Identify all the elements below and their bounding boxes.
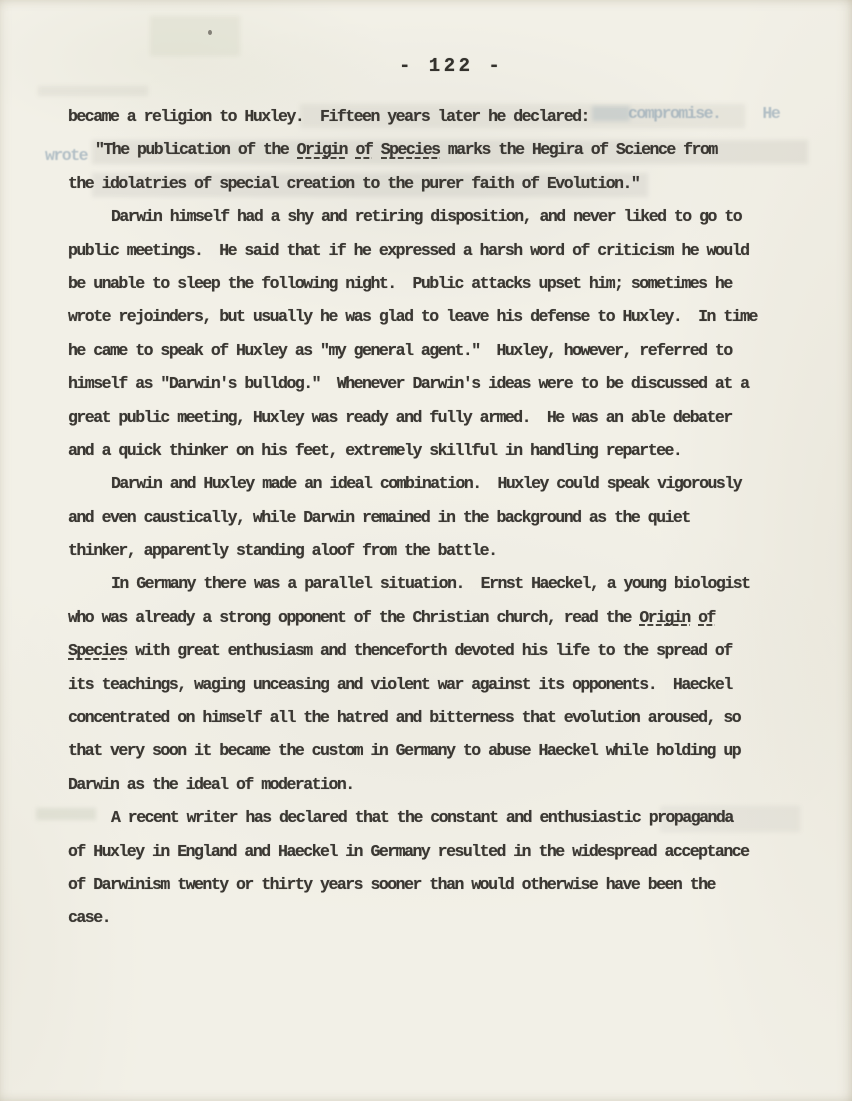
text-segment <box>372 133 380 166</box>
ink-speck <box>208 30 212 35</box>
smudge-band <box>150 16 240 56</box>
text-line: and a quick thinker on his feet, extreme… <box>68 434 808 467</box>
text-segment: became a religion to Huxley. Fifteen yea… <box>68 100 589 133</box>
text-line: its teachings, waging unceasing and viol… <box>68 668 808 701</box>
underlined-text: Species <box>68 634 127 667</box>
text-segment: Darwin and Huxley made an ideal combinat… <box>111 467 741 500</box>
text-line: he came to speak of Huxley as "my genera… <box>68 334 808 367</box>
text-segment: be unable to sleep the following night. … <box>68 267 732 300</box>
text-line: be unable to sleep the following night. … <box>68 267 808 300</box>
text-segment: wrote rejoinders, but usually he was gla… <box>68 300 757 333</box>
text-line: thinker, apparently standing aloof from … <box>68 534 808 567</box>
text-segment: In Germany there was a parallel situatio… <box>111 567 750 600</box>
text-segment: public meetings. He said that if he expr… <box>68 234 749 267</box>
text-segment: he came to speak of Huxley as "my genera… <box>68 334 732 367</box>
text-segment: of Huxley in England and Haeckel in Germ… <box>68 835 749 868</box>
text-line: of Huxley in England and Haeckel in Germ… <box>68 835 808 868</box>
underlined-text: Species <box>381 133 440 166</box>
underlined-text: Origin <box>297 133 347 166</box>
scanned-page: - 122 - became a religion to Huxley. Fif… <box>0 0 852 1101</box>
document-text: became a religion to Huxley. Fifteen yea… <box>68 100 808 935</box>
text-segment: concentrated on himself all the hatred a… <box>68 701 740 734</box>
text-segment <box>690 601 698 634</box>
page-number: - 122 - <box>399 55 503 77</box>
text-line: Darwin and Huxley made an ideal combinat… <box>68 467 808 500</box>
text-line: wrote rejoinders, but usually he was gla… <box>68 300 808 333</box>
text-segment: marks the Hegira of Science from <box>440 133 717 166</box>
text-line: great public meeting, Huxley was ready a… <box>68 401 808 434</box>
text-line: case. <box>68 901 808 934</box>
text-line: In Germany there was a parallel situatio… <box>68 567 808 600</box>
text-segment: himself as "Darwin's bulldog." Whenever … <box>68 367 749 400</box>
text-line: public meetings. He said that if he expr… <box>68 234 808 267</box>
text-segment: and even caustically, while Darwin remai… <box>68 501 690 534</box>
text-line: "The publication of the Origin of Specie… <box>68 133 808 166</box>
text-segment: case. <box>68 901 110 934</box>
text-segment: that very soon it became the custom in G… <box>68 734 740 767</box>
text-line: himself as "Darwin's bulldog." Whenever … <box>68 367 808 400</box>
text-line: Species with great enthusiasm and thence… <box>68 634 808 667</box>
text-segment: and a quick thinker on his feet, extreme… <box>68 434 681 467</box>
text-segment: of Darwinism twenty or thirty years soon… <box>68 868 715 901</box>
text-segment: who was already a strong opponent of the… <box>68 601 639 634</box>
text-line: Darwin himself had a shy and retiring di… <box>68 200 808 233</box>
text-segment: the idolatries of special creation to th… <box>68 167 639 200</box>
underlined-text: of <box>355 133 372 166</box>
ghost-text: compromise. He <box>628 104 779 124</box>
text-segment: "The publication of the <box>95 133 297 166</box>
text-line: that very soon it became the custom in G… <box>68 734 808 767</box>
text-segment: thinker, apparently standing aloof from … <box>68 534 496 567</box>
underlined-text: of <box>698 601 715 634</box>
text-line: concentrated on himself all the hatred a… <box>68 701 808 734</box>
text-segment: with great enthusiasm and thenceforth de… <box>127 634 732 667</box>
text-segment: Darwin himself had a shy and retiring di… <box>111 200 741 233</box>
smudge-band <box>38 86 148 96</box>
text-segment: its teachings, waging unceasing and viol… <box>68 668 732 701</box>
text-line: who was already a strong opponent of the… <box>68 601 808 634</box>
text-segment: A recent writer has declared that the co… <box>111 801 733 834</box>
text-line: and even caustically, while Darwin remai… <box>68 501 808 534</box>
text-line: Darwin as the ideal of moderation. <box>68 768 808 801</box>
underlined-text: Origin <box>639 601 689 634</box>
ghost-text: wrote <box>45 146 87 166</box>
text-segment: Darwin as the ideal of moderation. <box>68 768 354 801</box>
text-line: A recent writer has declared that the co… <box>68 801 808 834</box>
text-segment: great public meeting, Huxley was ready a… <box>68 401 732 434</box>
text-line: the idolatries of special creation to th… <box>68 167 808 200</box>
text-line: of Darwinism twenty or thirty years soon… <box>68 868 808 901</box>
